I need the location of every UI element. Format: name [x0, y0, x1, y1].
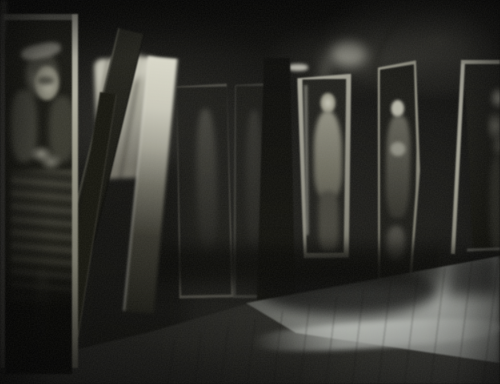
- coffin-5-frame-top: [461, 60, 500, 64]
- smoke-dash: [288, 64, 308, 71]
- coffin-3-corpse-legs: [318, 191, 339, 251]
- coffin-1-corpse: [195, 109, 218, 254]
- coffin-4-corpse-head: [391, 100, 404, 117]
- coffin-5: [455, 60, 500, 255]
- coffin-5-corpse-body: [490, 156, 500, 252]
- coffin-4-corpse-body: [385, 116, 411, 218]
- frame-edge-light: [0, 0, 7, 44]
- shadow-under-coffins: [150, 246, 446, 284]
- shadow-under-coffin-5: [448, 252, 500, 296]
- left-coffin-interior: [5, 20, 72, 368]
- left-coffin-frame-top: [4, 14, 72, 20]
- smoke-highlight: [332, 42, 366, 66]
- coffin-3-interior: [300, 79, 350, 253]
- left-coffin-frame-right: [72, 14, 78, 368]
- coffin-3-frame-highlight: [304, 85, 308, 235]
- corpse-eye-shadow: [38, 76, 54, 85]
- coffin-5-corpse: [488, 86, 500, 158]
- coffin-3: [295, 74, 355, 258]
- film-still: [0, 0, 500, 384]
- coffin-5-interior: [464, 64, 500, 252]
- left-coffin-lower-shadow: [5, 255, 72, 374]
- coffin-3-corpse-body: [314, 111, 343, 197]
- left-coffin-frame-left: [0, 14, 5, 368]
- left-foreground-coffin: [0, 14, 82, 368]
- scene: [0, 0, 500, 384]
